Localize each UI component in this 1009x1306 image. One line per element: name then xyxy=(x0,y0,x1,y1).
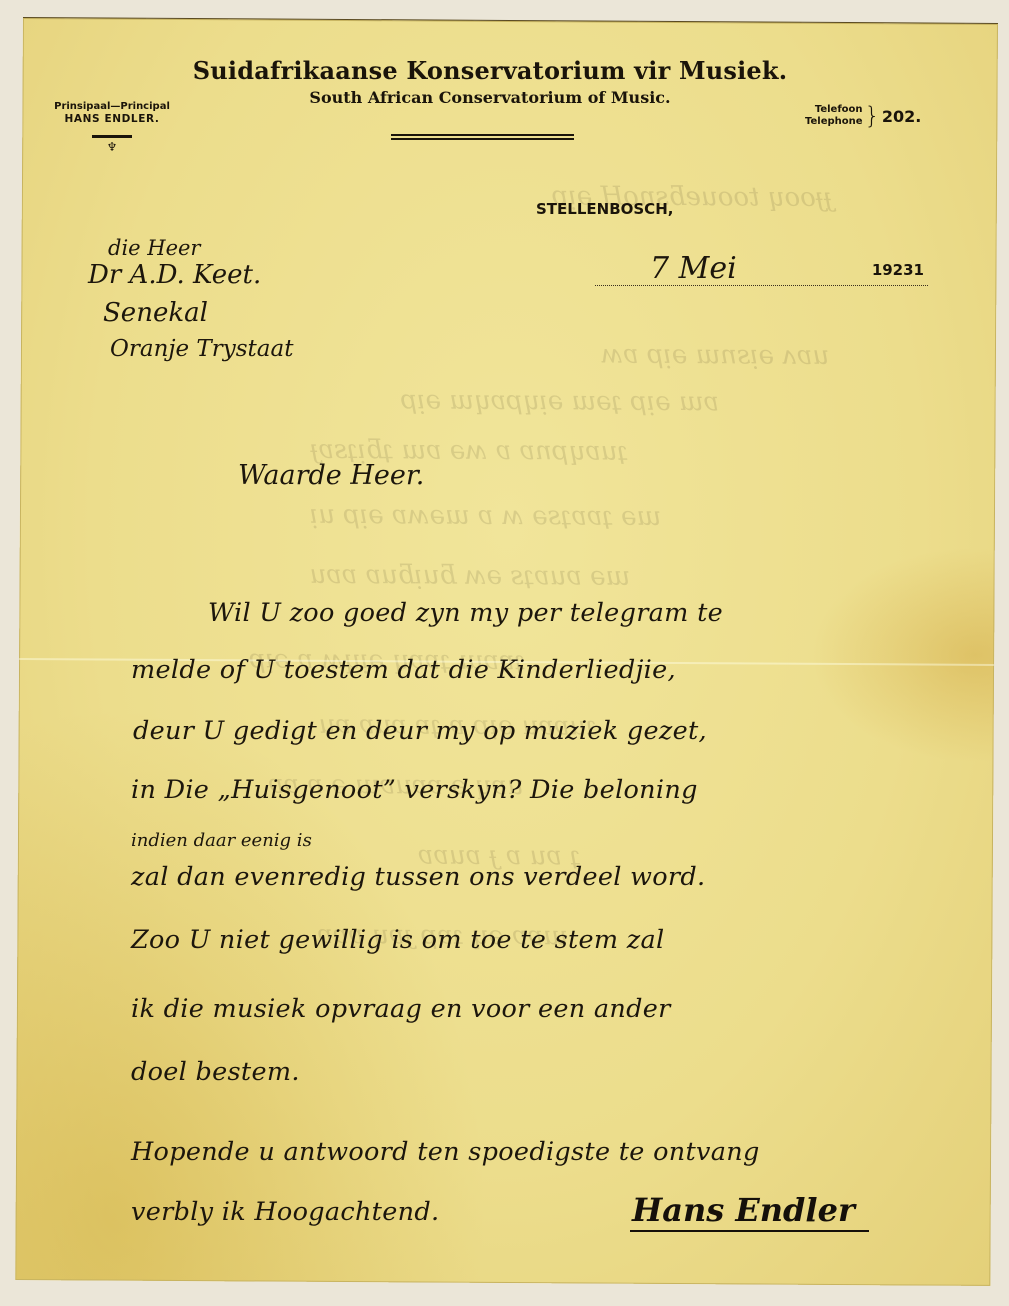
letterhead-title: Suidafrikaanse Konservatorium vir Musiek… xyxy=(190,56,790,85)
body-line: deur U gedigt en deur my op muziek gezet… xyxy=(133,716,707,746)
date-line: 7 Mei 19231 xyxy=(595,255,928,286)
date-day-month: 7 Mei xyxy=(650,251,737,286)
closing-line: Hopende u antwoord ten spoedigste te ont… xyxy=(131,1137,760,1167)
body-line: ik die musiek opvraag en voor een ander xyxy=(131,994,671,1024)
body-line: doel bestem. xyxy=(131,1057,300,1087)
bleed-through-text: ɯǝ ʇɐɐʇsǝ ʍ ɐ ɯǝʍɐ ǝᴉp uᴉ xyxy=(310,500,661,532)
body-line: Wil U zoo goed zyn my per telegram te xyxy=(208,598,723,628)
principal-name: HANS ENDLER. xyxy=(47,113,177,125)
recipient-line: die Heer xyxy=(108,236,200,260)
ornament-icon: ♆ xyxy=(47,141,177,153)
letter-paper: ɟɟooɥ tooueƃsnoH ǝᴉp uɐʌ ǝᴉsnɯ ǝᴉp ɐʍ ɐɯ… xyxy=(15,17,998,1286)
letterhead-double-rule xyxy=(391,134,574,140)
bleed-through-text: ɐɯ ǝᴉp ʇǝɯ ǝᴉɥpɐɥɯ ǝᴉp xyxy=(401,385,720,417)
bleed-through-text: uɐʌ ǝᴉsnɯ ǝᴉp ɐʍ xyxy=(601,340,829,371)
recipient-line: Dr A.D. Keet. xyxy=(88,260,261,290)
telephone-block: Telefoon Telephone } 202. xyxy=(805,104,921,128)
salutation: Waarde Heer. xyxy=(238,460,424,491)
signature: Hans Endler xyxy=(630,1190,869,1232)
body-line: melde of U toestem dat die Kinderliedjie… xyxy=(131,655,676,685)
letterhead-subtitle: South African Conservatorium of Music. xyxy=(190,88,790,107)
telephone-label-af: Telefoon xyxy=(805,104,863,116)
body-line: Zoo U niet gewillig is om toe te stem za… xyxy=(131,925,664,955)
bleed-through-text: ɯǝ ɐuɐʇs ǝʍ ƃuᴉƃuɐ ɐɐu xyxy=(310,560,631,592)
body-line: in Die „Huisgenoot” verskyn? Die belonin… xyxy=(131,775,698,805)
body-line: zal dan evenredig tussen ons verdeel wor… xyxy=(131,862,705,892)
recipient-line: Oranje Trystaat xyxy=(110,336,293,362)
scanned-letter: ɟɟooɥ tooueƃsnoH ǝᴉp uɐʌ ǝᴉsnɯ ǝᴉp ɐʍ ɐɯ… xyxy=(0,0,1009,1306)
closing-line: verbly ik Hoogachtend. xyxy=(131,1197,439,1227)
recipient-line: Senekal xyxy=(103,298,208,328)
principal-rule xyxy=(92,135,132,138)
telephone-number: 202. xyxy=(882,107,921,126)
body-line-insertion: indien daar eenig is xyxy=(131,830,312,851)
telephone-labels: Telefoon Telephone xyxy=(805,104,863,128)
brace-icon: } xyxy=(865,104,880,128)
letterhead-city: STELLENBOSCH, xyxy=(536,200,673,218)
date-year: 19231 xyxy=(872,261,924,279)
principal-block: Prinsipaal—Principal HANS ENDLER. ♆ xyxy=(47,101,177,153)
telephone-label-en: Telephone xyxy=(805,116,863,128)
principal-role: Prinsipaal—Principal xyxy=(47,101,177,112)
